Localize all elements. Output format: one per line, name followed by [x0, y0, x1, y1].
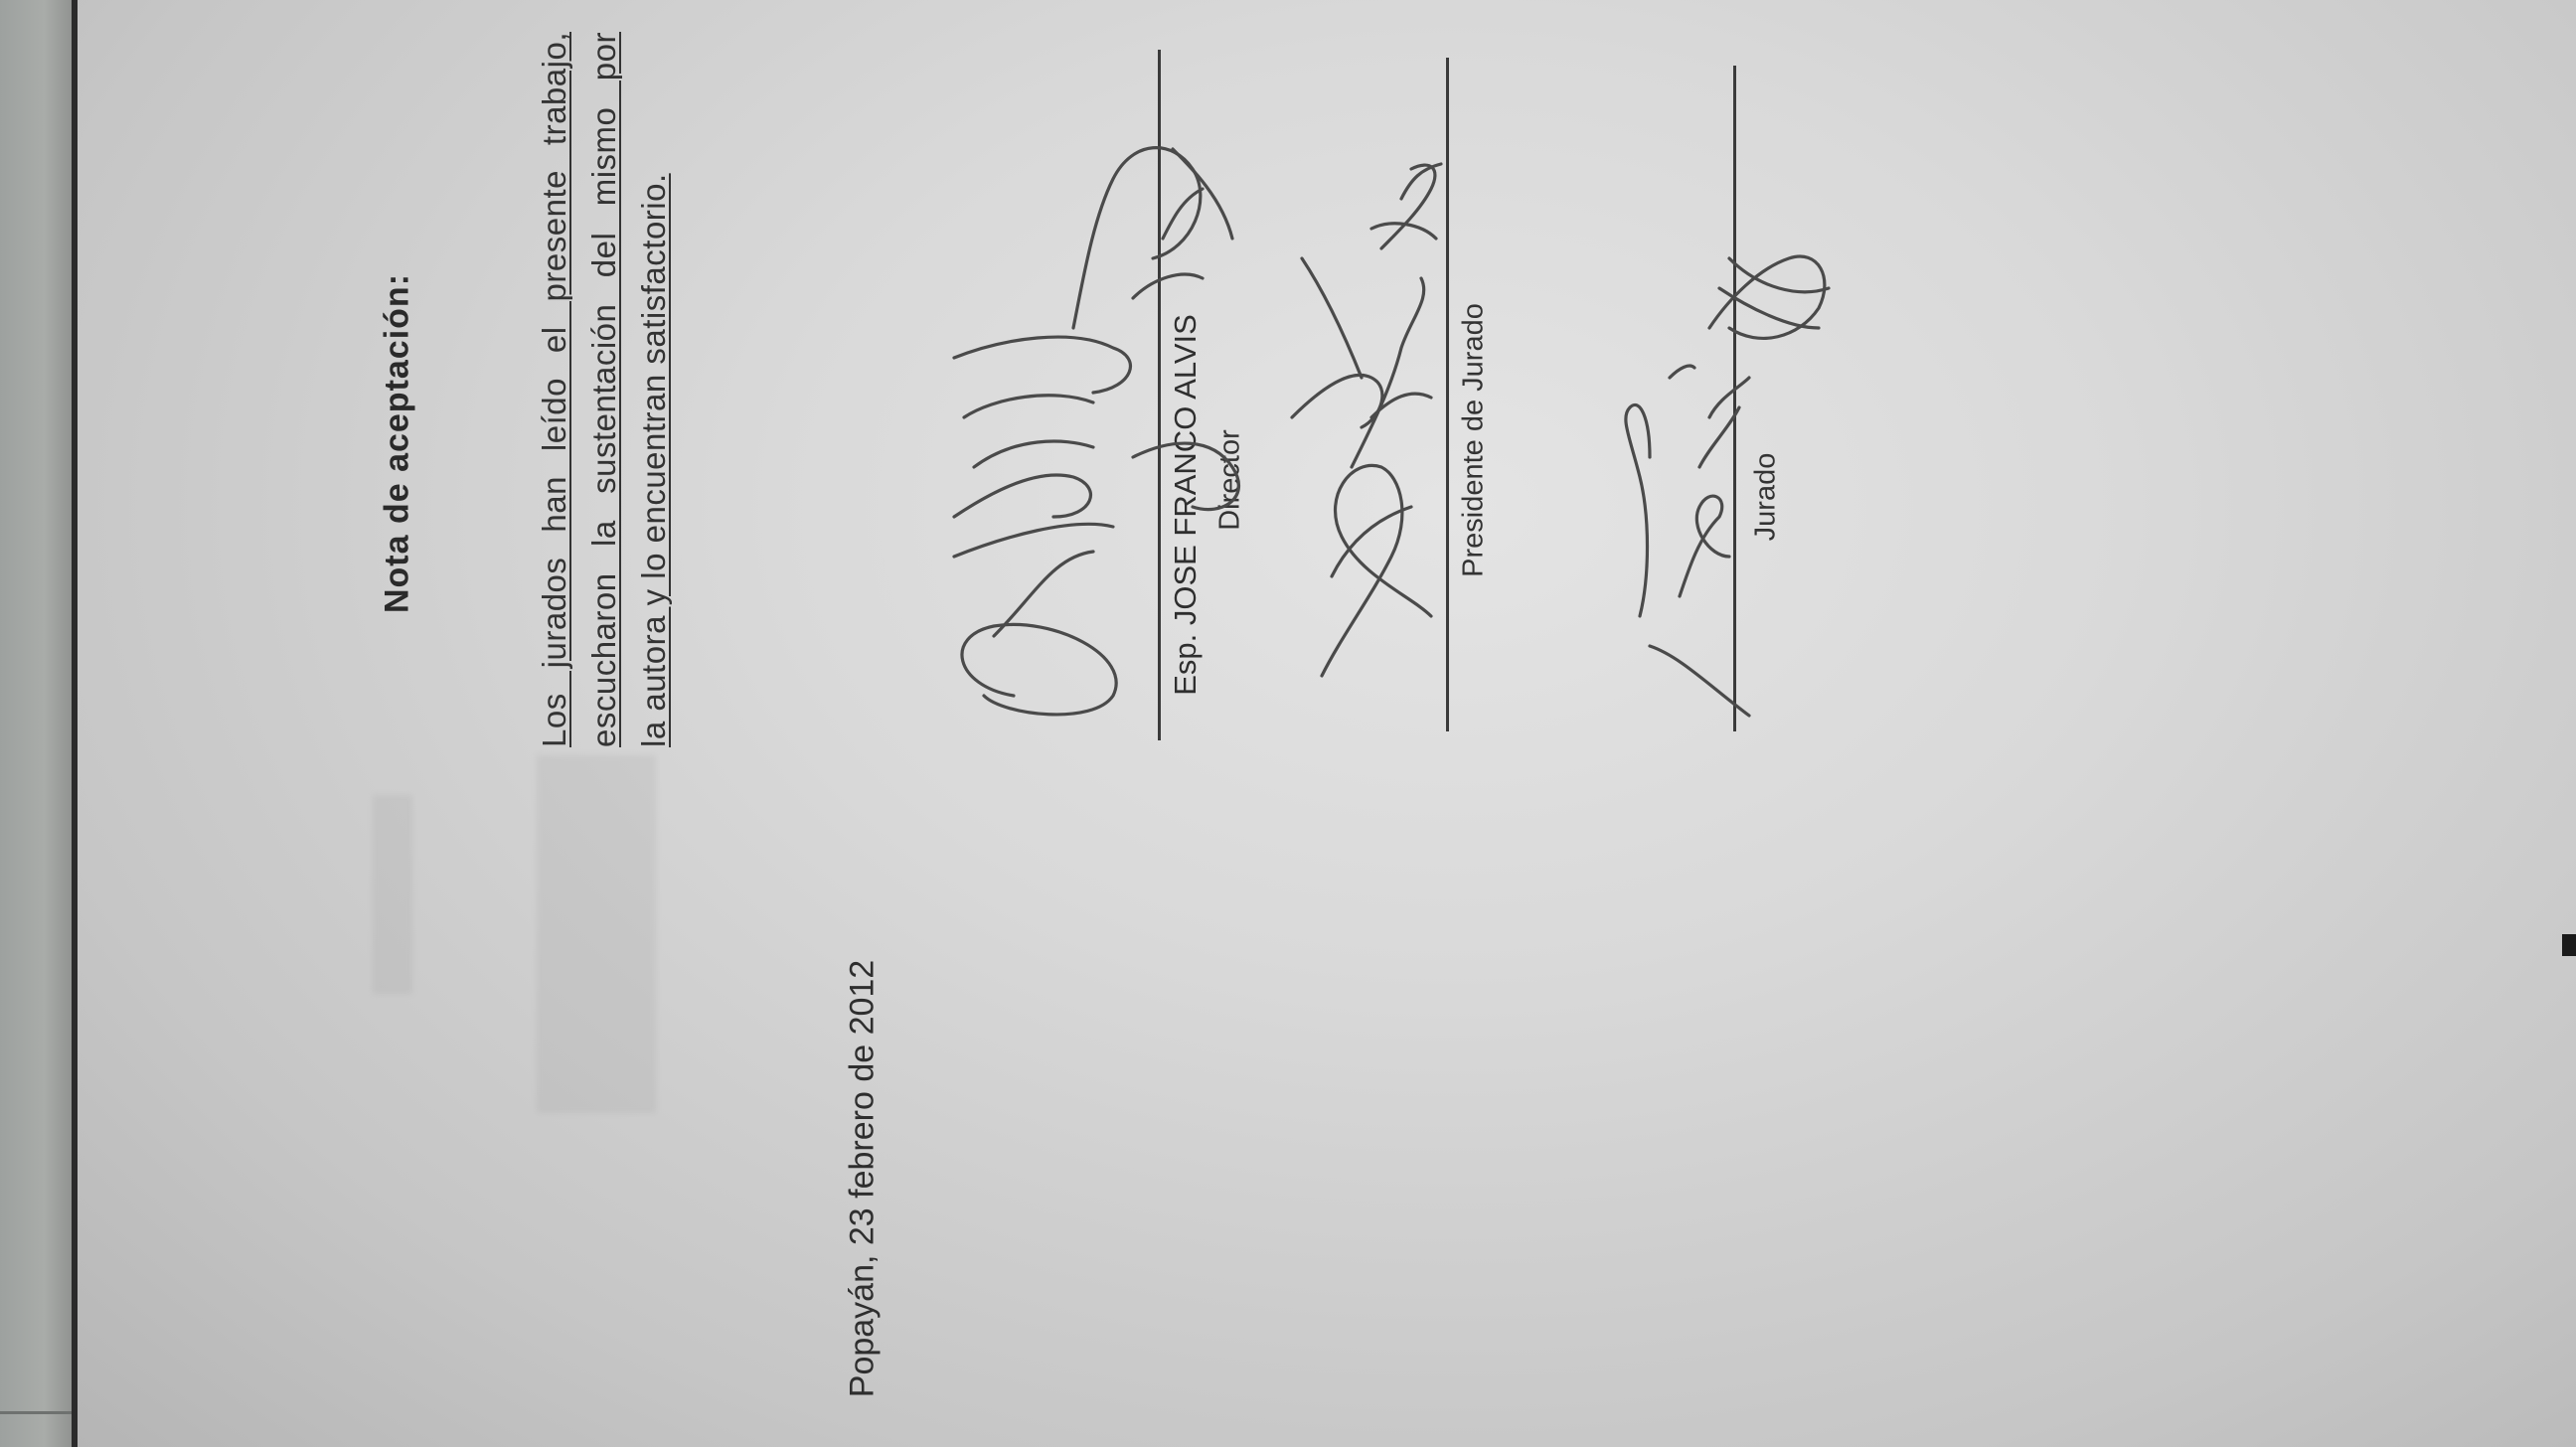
- acceptance-paragraph: Los jurados han leído el presente trabaj…: [536, 32, 673, 747]
- floor-background: [0, 0, 74, 1447]
- floor-tile-seam: [0, 1411, 74, 1414]
- paper-edge: [72, 0, 78, 1447]
- bleed-through-text: [373, 795, 412, 994]
- right-edge-mark: [2562, 934, 2576, 956]
- bleed-through-text: [537, 755, 656, 1113]
- juror-role: Jurado: [1750, 453, 1783, 542]
- paper-sheet: [78, 0, 2576, 1447]
- page-title: Nota de aceptación:: [379, 273, 417, 613]
- juror-signature-line: [1733, 66, 1736, 731]
- president-role: Presidente de Jurado: [1458, 303, 1491, 577]
- paragraph-line: Los jurados han leído el presente trabaj…: [536, 32, 573, 747]
- director-name: Esp. JOSE FRANCO ALVIS: [1168, 314, 1204, 696]
- director-role: Director: [1214, 429, 1247, 531]
- place-date: Popayán, 23 febrero de 2012: [844, 960, 883, 1397]
- paragraph-line: la autora y lo encuentran satisfactorio.: [635, 270, 673, 747]
- president-signature-line: [1446, 58, 1449, 731]
- director-signature-line: [1158, 50, 1161, 740]
- paragraph-line: escucharon la sustentación del mismo por: [585, 32, 623, 747]
